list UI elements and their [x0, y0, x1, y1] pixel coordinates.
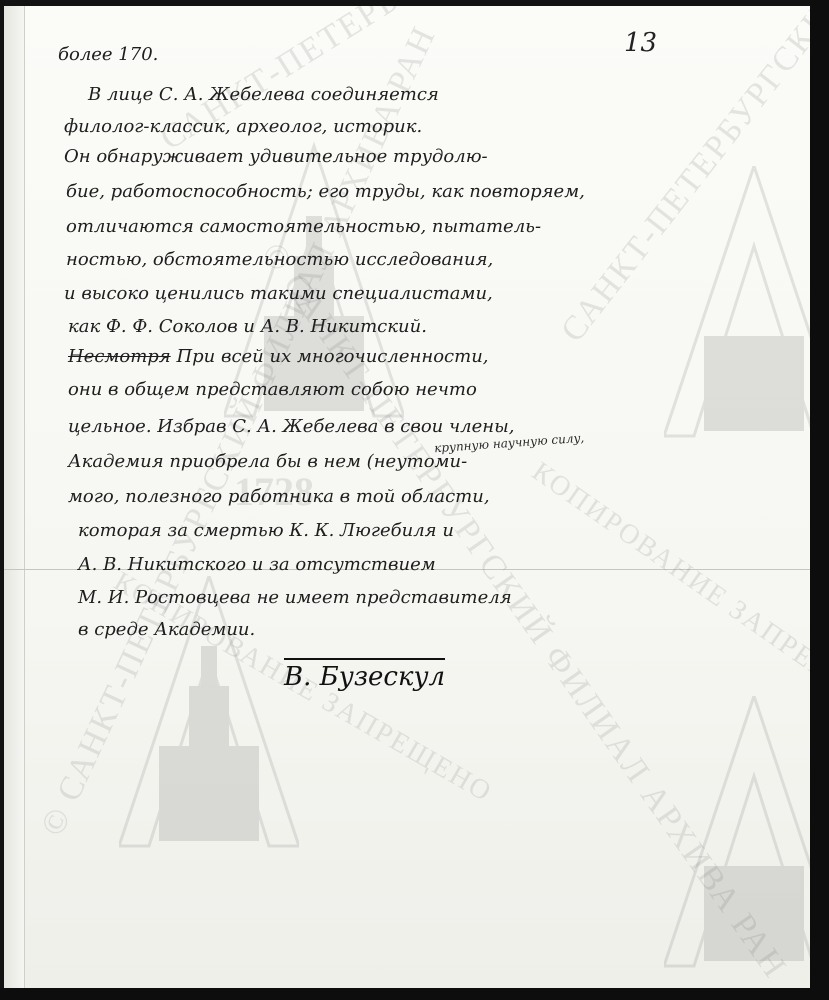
text-line: ностью, обстоятельностью исследования,: [66, 249, 493, 270]
text-line: В лице С. А. Жебелева соединяется: [88, 84, 439, 105]
struck-word: Несмотря: [68, 346, 171, 367]
text-line: Он обнаруживает удивительное трудолю-: [64, 146, 488, 167]
text-line: как Ф. Ф. Соколов и А. В. Никитский.: [68, 316, 427, 337]
text-line: в среде Академии.: [78, 619, 255, 640]
text-line: они в общем представляют собою нечто: [68, 379, 477, 400]
text-line: более 170.: [58, 44, 158, 65]
page-fold: [4, 6, 25, 988]
text-line: и высоко ценились такими специалистами,: [64, 283, 493, 304]
signature: В. Бузескул: [284, 658, 445, 692]
document-page: САНКТ-ПЕТЕРБУРГСКИЙ ФИЛИАЛ АРХИВА РАН СА…: [4, 6, 810, 988]
folio-number: 13: [624, 28, 657, 58]
text-line: мого, полезного работника в той области,: [68, 486, 490, 507]
text-line: которая за смертью К. К. Люгебиля и: [78, 520, 454, 541]
text-line: М. И. Ростовцева не имеет представителя: [78, 587, 512, 608]
watermark-copy-notice: КОПИРОВАНИЕ ЗАПРЕЩЕНО: [526, 456, 810, 730]
text-line: А. В. Никитского и за отсутствием: [78, 554, 436, 575]
scan-border-right: [810, 0, 829, 1000]
archive-logo-icon: [119, 576, 299, 856]
text-line: бие, работоспособность; его труды, как п…: [66, 181, 585, 202]
scan-border-bottom: [0, 988, 829, 1000]
text-line: филолог-классик, археолог, историк.: [64, 116, 422, 137]
text-line: отличаются самостоятельностью, пытатель-: [66, 216, 541, 237]
line-text: При всей их многочисленности,: [176, 346, 488, 367]
text-line: цельное. Избрав С. А. Жебелева в свои чл…: [68, 416, 515, 437]
archive-logo-icon: [664, 166, 810, 446]
text-line: Несмотря При всей их многочисленности,: [68, 346, 489, 367]
archive-logo-icon: [664, 696, 810, 976]
text-line: Академия приобрела бы в нем (неутоми-: [68, 451, 467, 472]
